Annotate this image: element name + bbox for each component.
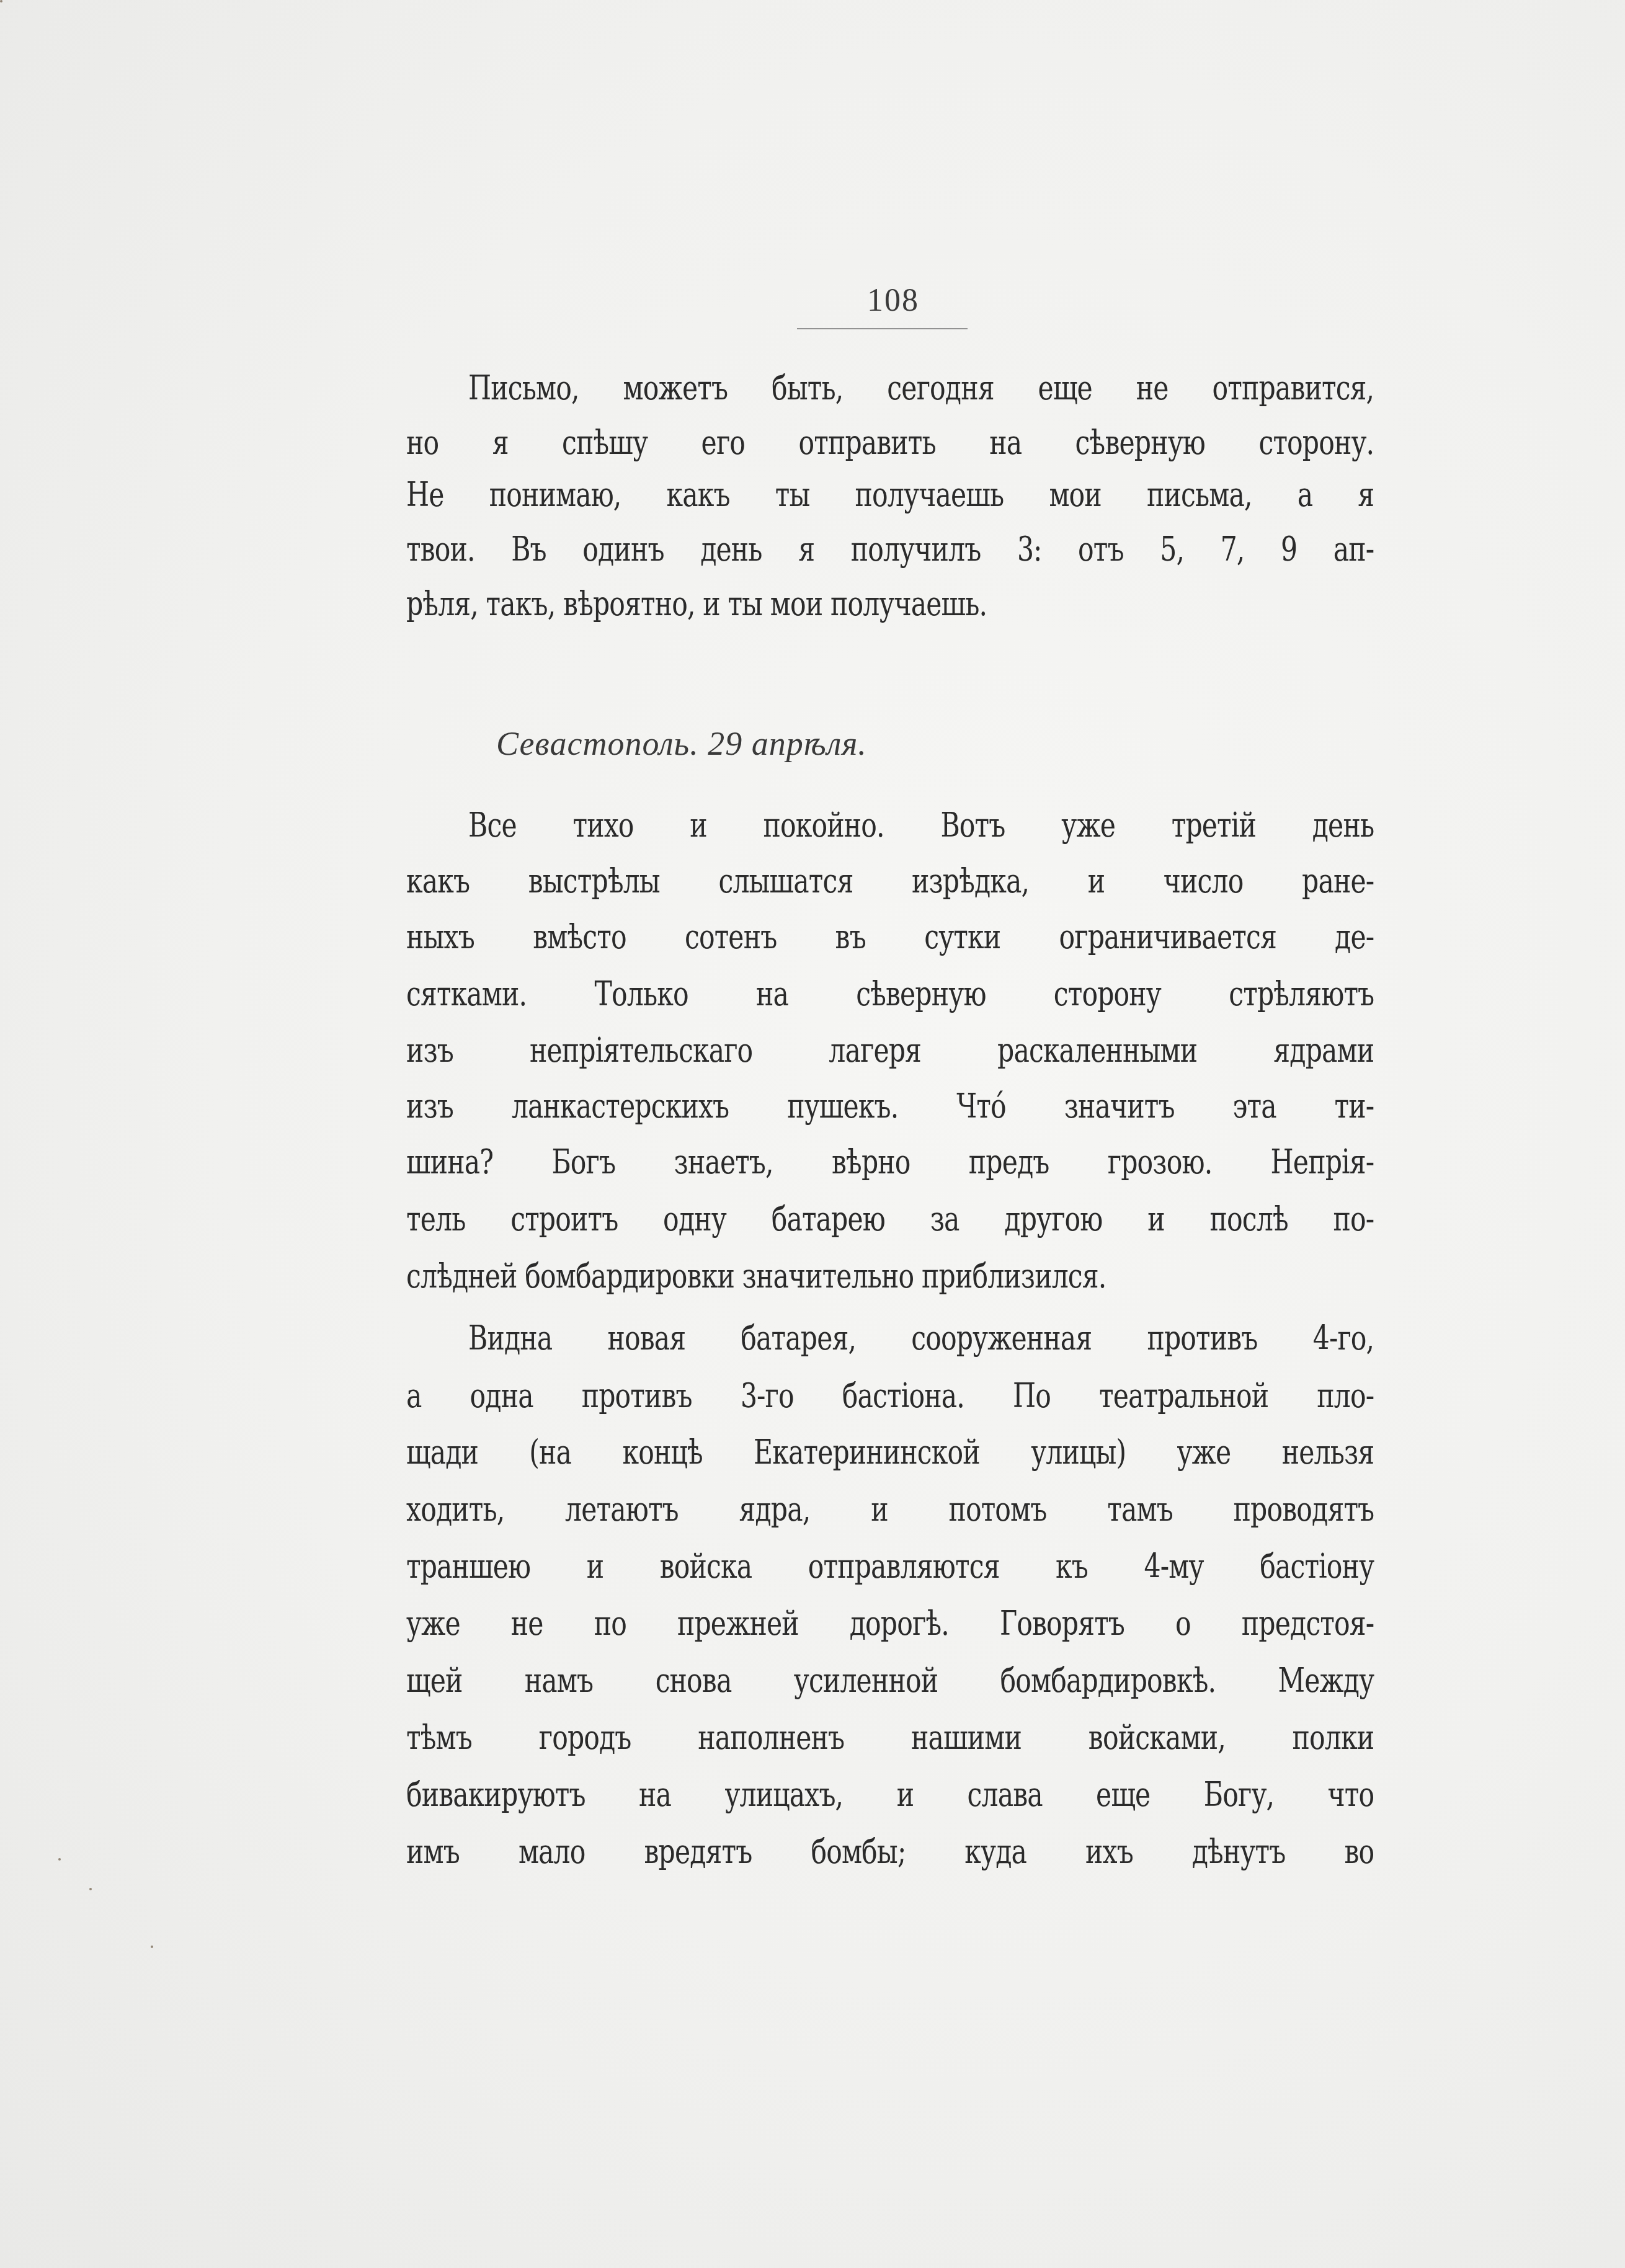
text-line: бивакируютъ на улицахъ, и слава еще Богу… xyxy=(406,1766,1374,1822)
text-line: уже не по прежней дорогѣ. Говорятъ о пре… xyxy=(406,1595,1374,1651)
text-line: щей намъ снова усиленной бомбардировкѣ. … xyxy=(406,1652,1374,1708)
text-line: твои. Въ одинъ день я получилъ 3: отъ 5,… xyxy=(406,521,1374,577)
text-line: сятками. Только на сѣверную сторону стрѣ… xyxy=(406,966,1374,1021)
text-line: но я спѣшу его отправить на сѣверную сто… xyxy=(406,414,1374,470)
text-line: щади (на концѣ Екатерининской улицы) уже… xyxy=(406,1424,1374,1480)
text-line: слѣдней бомбардировки значительно прибли… xyxy=(406,1248,1330,1304)
paper-speck xyxy=(151,1946,153,1948)
text-line: Видна новая батарея, сооруженная противъ… xyxy=(468,1310,1374,1366)
paper-speck xyxy=(0,0,2,2)
page-number: 108 xyxy=(775,282,1011,319)
text-line: тѣмъ городъ наполненъ нашими войсками, п… xyxy=(406,1709,1374,1765)
text-line: траншею и войска отправляются къ 4-му ба… xyxy=(406,1538,1374,1594)
text-line: ходить, летаютъ ядра, и потомъ тамъ пров… xyxy=(406,1481,1374,1537)
text-line: ныхъ вмѣсто сотенъ въ сутки ограничивает… xyxy=(406,909,1374,964)
text-line: рѣля, такъ, вѣроятно, и ты мои получаешь… xyxy=(406,576,1213,631)
text-line: изъ ланкастерскихъ пушекъ. Чтó значитъ э… xyxy=(406,1078,1374,1134)
text-line: какъ выстрѣлы слышатся изрѣдка, и число … xyxy=(406,853,1374,909)
text-line: шина? Богъ знаетъ, вѣрно предъ грозою. Н… xyxy=(406,1134,1374,1190)
paper-speck xyxy=(58,1858,61,1861)
text-line: Не понимаю, какъ ты получаешь мои письма… xyxy=(406,466,1374,522)
header-rule xyxy=(797,328,968,329)
text-line: Все тихо и покойно. Вотъ уже третій день xyxy=(468,797,1374,853)
text-line: изъ непріятельскаго лагеря раскаленными … xyxy=(406,1022,1374,1078)
text-line: имъ мало вредятъ бомбы; куда ихъ дѣнутъ … xyxy=(406,1823,1374,1879)
text-line: тель строитъ одну батарею за другою и по… xyxy=(406,1191,1374,1247)
text-line: Письмо, можетъ быть, сегодня еще не отпр… xyxy=(468,360,1374,416)
dateline: Севастополь. 29 апрѣля. xyxy=(496,724,867,763)
paper-speck xyxy=(89,1888,92,1890)
text-line: а одна противъ 3-го бастіона. По театрал… xyxy=(406,1367,1374,1423)
book-page: 108 Письмо, можетъ быть, сегодня еще не … xyxy=(0,0,1625,2268)
